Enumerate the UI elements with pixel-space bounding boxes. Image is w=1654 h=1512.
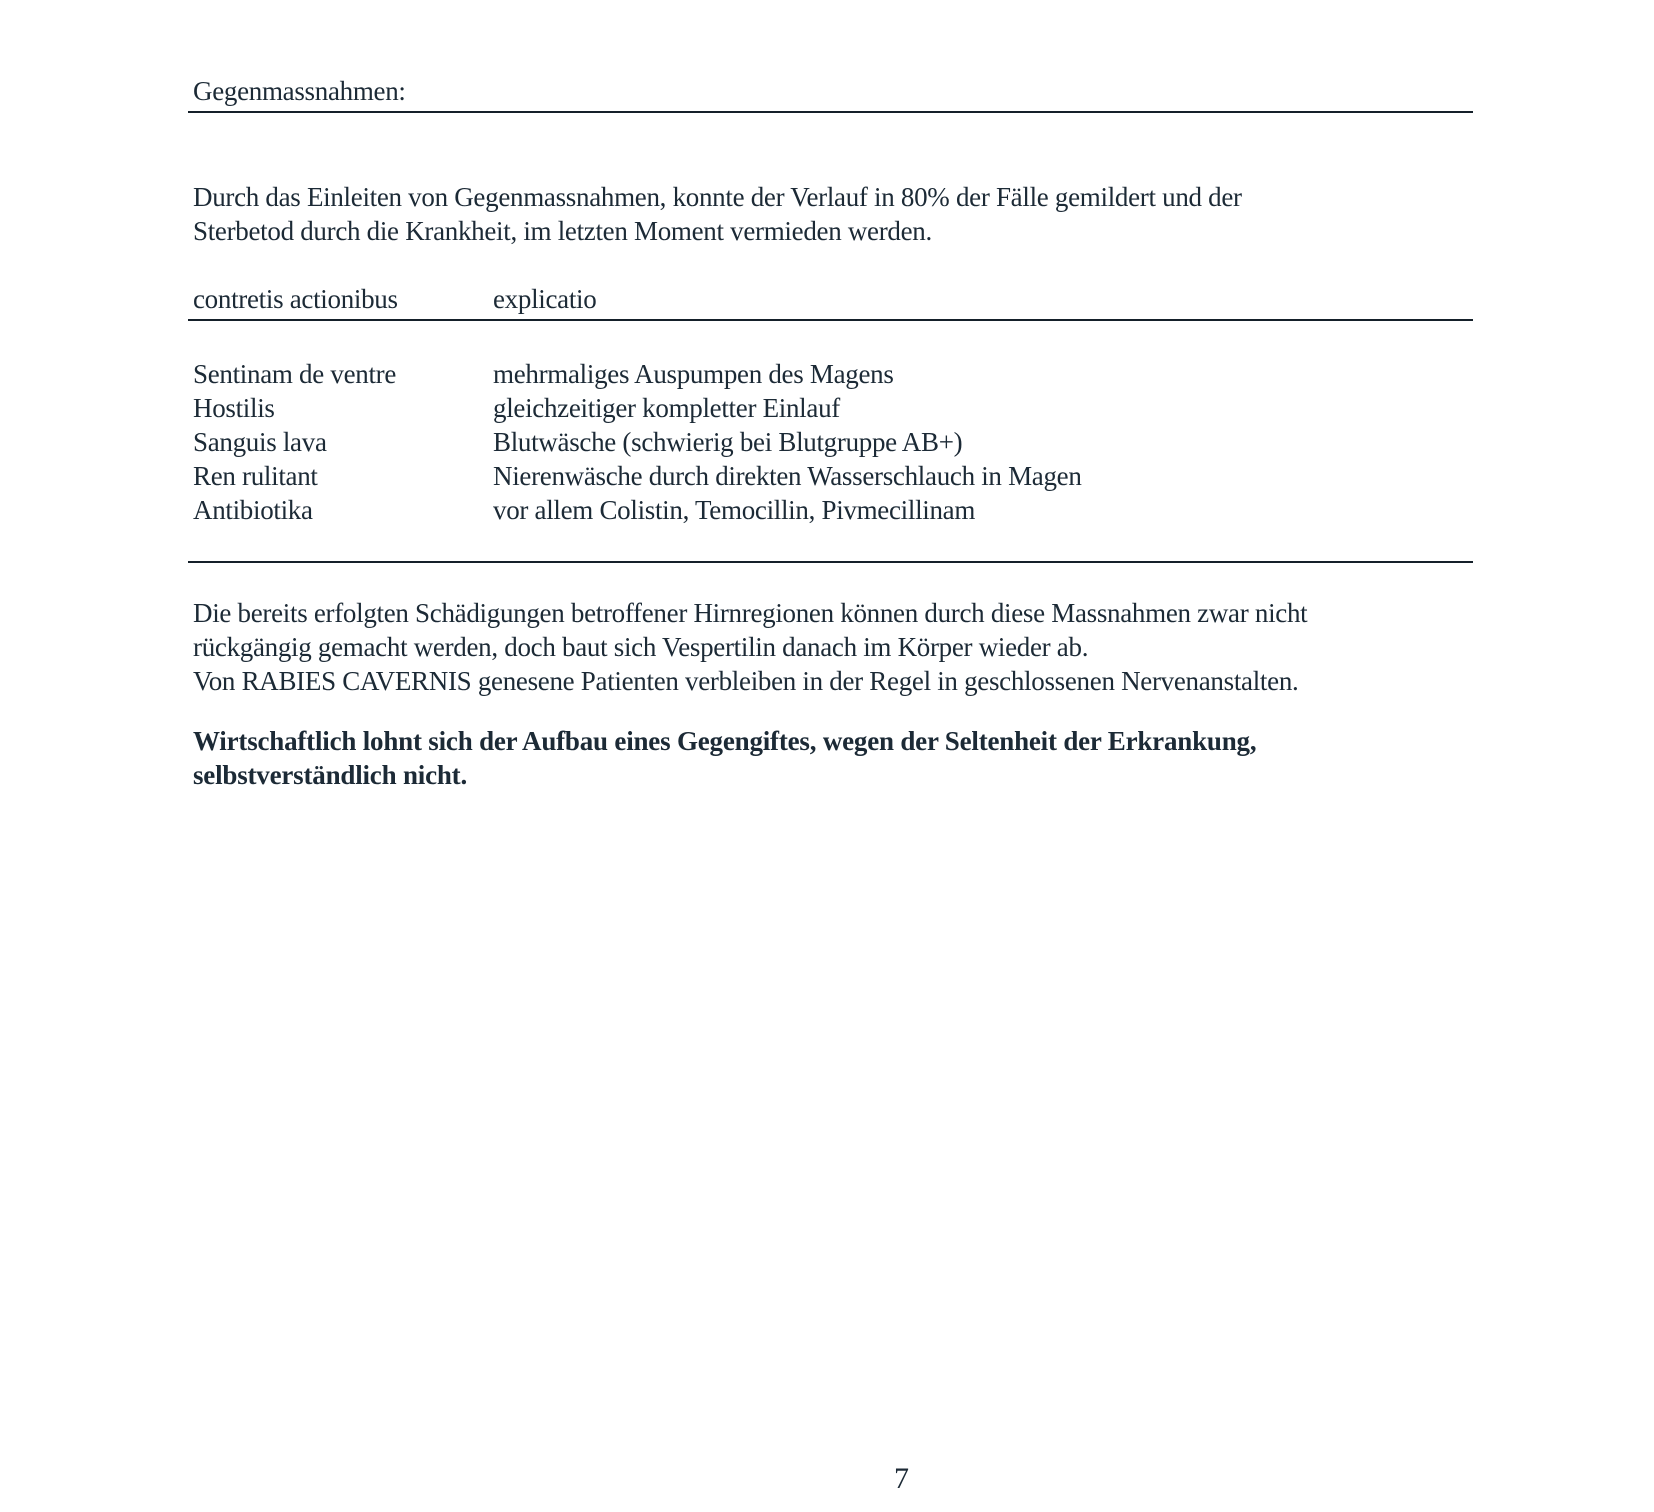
table-header-rule (188, 319, 1473, 321)
table-cell-action: Ren rulitant (193, 459, 493, 493)
table-bottom-rule (188, 561, 1473, 563)
outro-line: rückgängig gemacht werden, doch baut sic… (193, 630, 1307, 664)
section-title: Gegenmassnahmen: (193, 74, 406, 108)
table-cell-explanation: gleichzeitiger kompletter Einlauf (493, 391, 840, 425)
outro-line: Von RABIES CAVERNIS genesene Patienten v… (193, 664, 1307, 698)
table-cell-explanation: Nierenwäsche durch direkten Wasserschlau… (493, 459, 1082, 493)
section-title-rule (188, 111, 1473, 113)
table-cell-explanation: vor allem Colistin, Temocillin, Pivmecil… (493, 493, 975, 527)
table-cell-action: Sanguis lava (193, 425, 493, 459)
table-cell-explanation: mehrmaliges Auspumpen des Magens (493, 357, 894, 391)
table-row: Ren rulitant Nierenwäsche durch direkten… (193, 459, 1082, 493)
intro-line: Durch das Einleiten von Gegenmassnahmen,… (193, 180, 1242, 214)
table-row: Sanguis lava Blutwäsche (schwierig bei B… (193, 425, 1082, 459)
intro-paragraph: Durch das Einleiten von Gegenmassnahmen,… (193, 180, 1242, 248)
table-row: Antibiotika vor allem Colistin, Temocill… (193, 493, 1082, 527)
page-number: 7 (894, 1462, 909, 1496)
intro-line: Sterbetod durch die Krankheit, im letzte… (193, 214, 1242, 248)
bold-conclusion-line: selbstverständlich nicht. (193, 758, 1256, 792)
document-page: Gegenmassnahmen: Durch das Einleiten von… (0, 0, 1654, 1512)
outro-line: Die bereits erfolgten Schädigungen betro… (193, 596, 1307, 630)
bold-conclusion-line: Wirtschaftlich lohnt sich der Aufbau ein… (193, 724, 1256, 758)
table-cell-action: Sentinam de ventre (193, 357, 493, 391)
countermeasures-table: Sentinam de ventre mehrmaliges Auspumpen… (193, 357, 1082, 527)
bold-conclusion: Wirtschaftlich lohnt sich der Aufbau ein… (193, 724, 1256, 792)
outro-paragraph: Die bereits erfolgten Schädigungen betro… (193, 596, 1307, 698)
table-row: Hostilis gleichzeitiger kompletter Einla… (193, 391, 1082, 425)
table-row: Sentinam de ventre mehrmaliges Auspumpen… (193, 357, 1082, 391)
table-cell-action: Antibiotika (193, 493, 493, 527)
table-cell-explanation: Blutwäsche (schwierig bei Blutgruppe AB+… (493, 425, 962, 459)
table-header-actions: contretis actionibus (193, 282, 398, 316)
table-header-explanation: explicatio (493, 282, 596, 316)
table-cell-action: Hostilis (193, 391, 493, 425)
